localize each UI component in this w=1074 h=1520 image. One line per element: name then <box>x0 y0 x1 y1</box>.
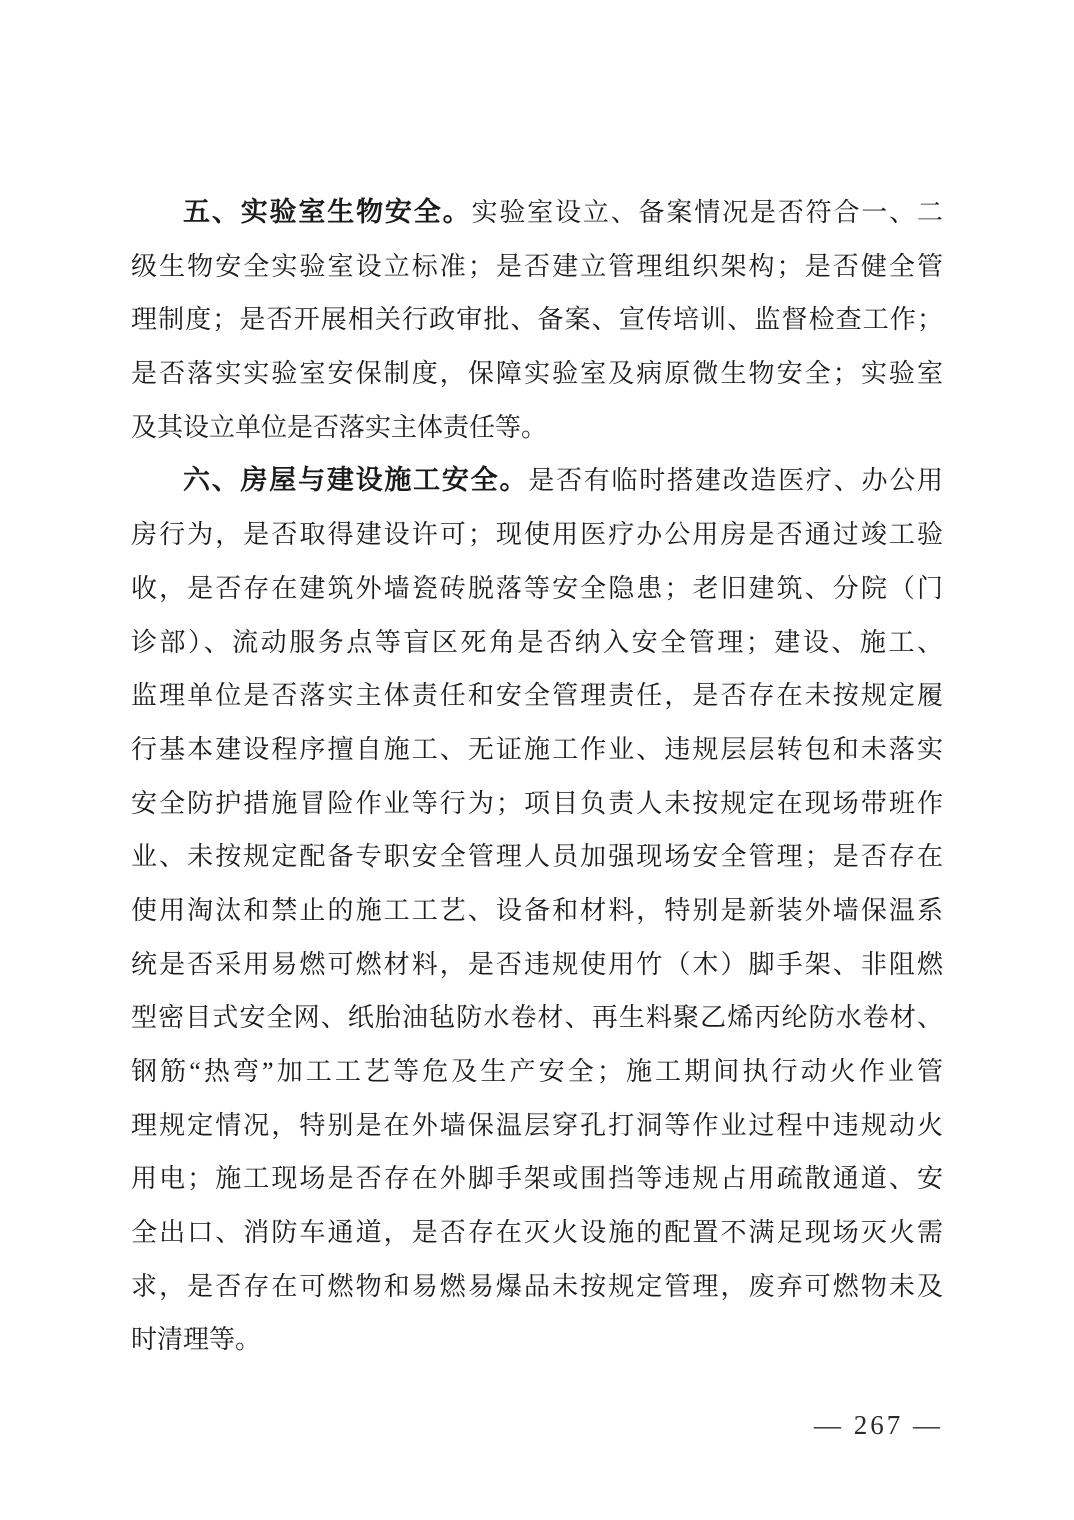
paragraph-2-line: 时清理等。 <box>131 1313 943 1367</box>
paragraph-2-line: 监理单位是否落实主体责任和安全管理责任，是否存在未按规定履 <box>131 669 943 723</box>
paragraph-1-line: 五、实验室生物安全。实验室设立、备案情况是否符合一、二 <box>131 186 943 240</box>
paragraph-2-line: 安全防护措施冒险作业等行为；项目负责人未按规定在现场带班作 <box>131 777 943 831</box>
document-page: 五、实验室生物安全。实验室设立、备案情况是否符合一、二 级生物安全实验室设立标准… <box>0 0 1074 1520</box>
paragraph-2-line: 钢筋“热弯”加工工艺等危及生产安全；施工期间执行动火作业管 <box>131 1045 943 1099</box>
paragraph-2-line: 统是否采用易燃可燃材料，是否违规使用竹（木）脚手架、非阻燃 <box>131 938 943 992</box>
paragraph-1-line: 是否落实实验室安保制度，保障实验室及病原微生物安全；实验室 <box>131 347 943 401</box>
paragraph-2-line: 使用淘汰和禁止的施工工艺、设备和材料，特别是新装外墙保温系 <box>131 884 943 938</box>
paragraph-1-line: 及其设立单位是否落实主体责任等。 <box>131 401 943 455</box>
paragraph-2-line: 诊部）、流动服务点等盲区死角是否纳入安全管理；建设、施工、 <box>131 616 943 670</box>
text-block: 五、实验室生物安全。实验室设立、备案情况是否符合一、二 级生物安全实验室设立标准… <box>131 186 943 1367</box>
paragraph-2-line: 型密目式安全网、纸胎油毡防水卷材、再生料聚乙烯丙纶防水卷材、 <box>131 991 943 1045</box>
paragraph-2-line: 业、未按规定配备专职安全管理人员加强现场安全管理；是否存在 <box>131 830 943 884</box>
paragraph-2-line: 全出口、消防车通道，是否存在灭火设施的配置不满足现场灭火需 <box>131 1206 943 1260</box>
paragraph-1-line: 级生物安全实验室设立标准；是否建立管理组织架构；是否健全管 <box>131 240 943 294</box>
paragraph-2-line: 行基本建设程序擅自施工、无证施工作业、违规层层转包和未落实 <box>131 723 943 777</box>
paragraph-2-line: 用电；施工现场是否存在外脚手架或围挡等违规占用疏散通道、安 <box>131 1152 943 1206</box>
paragraph-2-line: 房行为，是否取得建设许可；现使用医疗办公用房是否通过竣工验 <box>131 508 943 562</box>
paragraph-2-line: 求，是否存在可燃物和易燃易爆品未按规定管理，废弃可燃物未及 <box>131 1260 943 1314</box>
paragraph-2-line: 理规定情况，特别是在外墙保温层穿孔打洞等作业过程中违规动火 <box>131 1099 943 1153</box>
paragraph-1-text: 实验室设立、备案情况是否符合一、二 <box>471 198 943 227</box>
page-number: — 267 — <box>814 1408 943 1442</box>
paragraph-2-line: 收，是否存在建筑外墙瓷砖脱落等安全隐患；老旧建筑、分院（门 <box>131 562 943 616</box>
paragraph-2-text: 是否有临时搭建改造医疗、办公用 <box>528 466 943 495</box>
paragraph-2-heading: 六、房屋与建设施工安全。 <box>183 465 528 495</box>
paragraph-2-line: 六、房屋与建设施工安全。是否有临时搭建改造医疗、办公用 <box>131 454 943 508</box>
paragraph-1-heading: 五、实验室生物安全。 <box>183 197 471 227</box>
paragraph-1-line: 理制度；是否开展相关行政审批、备案、宣传培训、监督检查工作； <box>131 293 943 347</box>
